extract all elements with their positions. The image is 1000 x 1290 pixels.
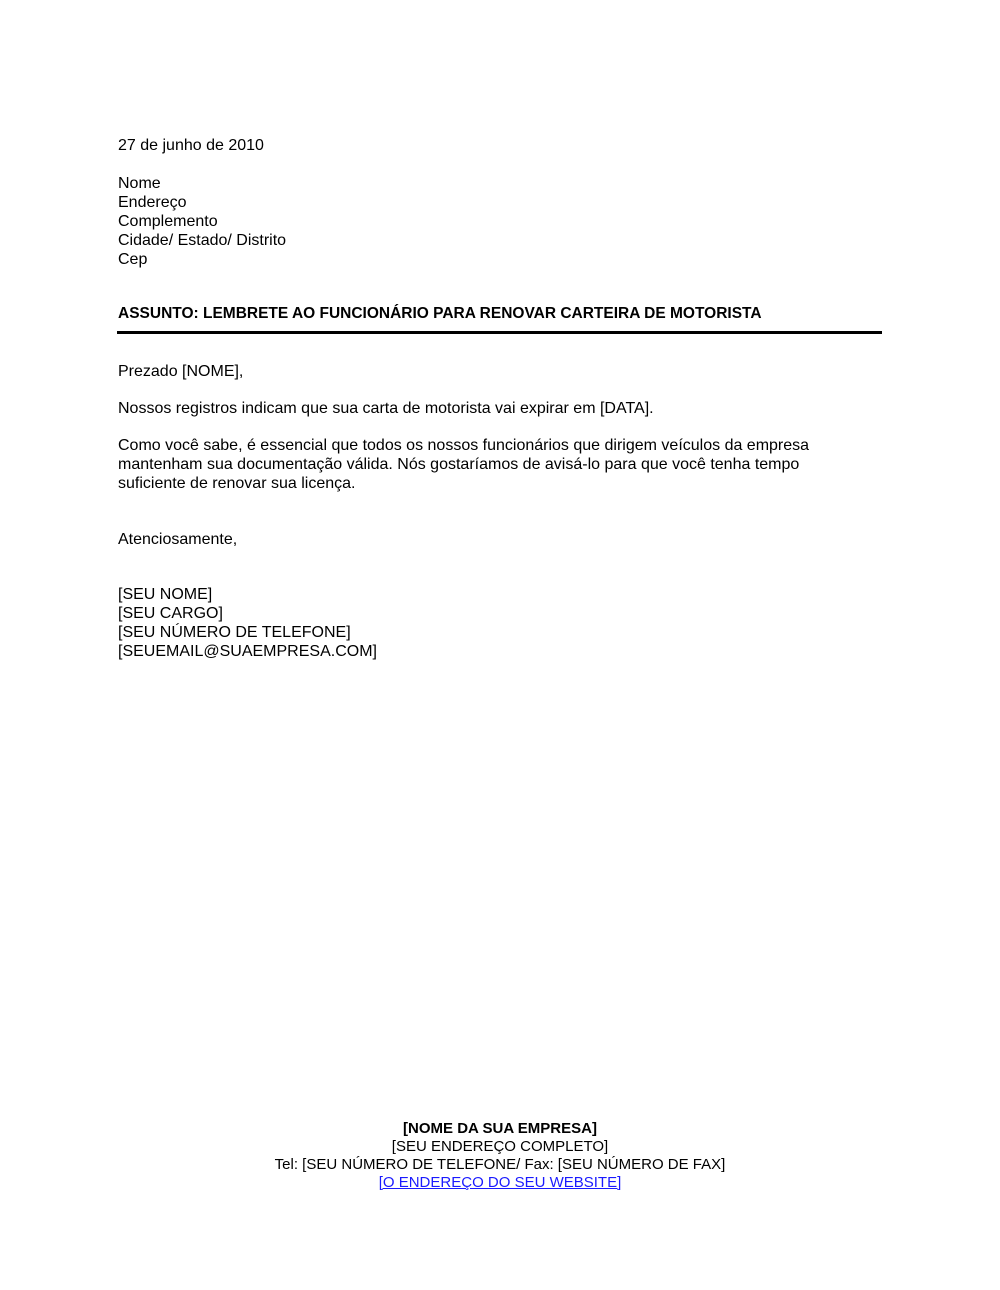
signature-phone: [SEU NÚMERO DE TELEFONE] <box>118 623 377 642</box>
recipient-address: Nome Endereço Complemento Cidade/ Estado… <box>118 174 286 269</box>
recipient-zip: Cep <box>118 250 286 269</box>
recipient-name: Nome <box>118 174 286 193</box>
signature-title: [SEU CARGO] <box>118 604 377 623</box>
letter-date: 27 de junho de 2010 <box>118 136 264 155</box>
recipient-street: Endereço <box>118 193 286 212</box>
paragraph-line: mantenham sua documentação válida. Nós g… <box>118 455 878 474</box>
letterhead-footer: [NOME DA SUA EMPRESA] [SEU ENDEREÇO COMP… <box>0 1120 1000 1192</box>
recipient-complement: Complemento <box>118 212 286 231</box>
signature-block: [SEU NOME] [SEU CARGO] [SEU NÚMERO DE TE… <box>118 585 377 661</box>
paragraph-line: Como você sabe, é essencial que todos os… <box>118 436 878 455</box>
body-paragraph-2: Como você sabe, é essencial que todos os… <box>118 436 878 493</box>
signature-name: [SEU NOME] <box>118 585 377 604</box>
greeting: Prezado [NOME], <box>118 362 243 381</box>
footer-address: [SEU ENDEREÇO COMPLETO] <box>0 1138 1000 1156</box>
signature-email: [SEUEMAIL@SUAEMPRESA.COM] <box>118 642 377 661</box>
footer-company-name: [NOME DA SUA EMPRESA] <box>0 1120 1000 1138</box>
subject-line: ASSUNTO: LEMBRETE AO FUNCIONÁRIO PARA RE… <box>118 304 762 323</box>
closing: Atenciosamente, <box>118 530 237 549</box>
subject-divider <box>117 331 882 334</box>
recipient-city-state: Cidade/ Estado/ Distrito <box>118 231 286 250</box>
body-paragraph-1: Nossos registros indicam que sua carta d… <box>118 399 654 418</box>
footer-website-link[interactable]: [O ENDEREÇO DO SEU WEBSITE] <box>379 1174 622 1191</box>
paragraph-line: suficiente de renovar sua licença. <box>118 474 878 493</box>
footer-contact: Tel: [SEU NÚMERO DE TELEFONE/ Fax: [SEU … <box>0 1156 1000 1174</box>
letter-page: 27 de junho de 2010 Nome Endereço Comple… <box>0 0 1000 1290</box>
